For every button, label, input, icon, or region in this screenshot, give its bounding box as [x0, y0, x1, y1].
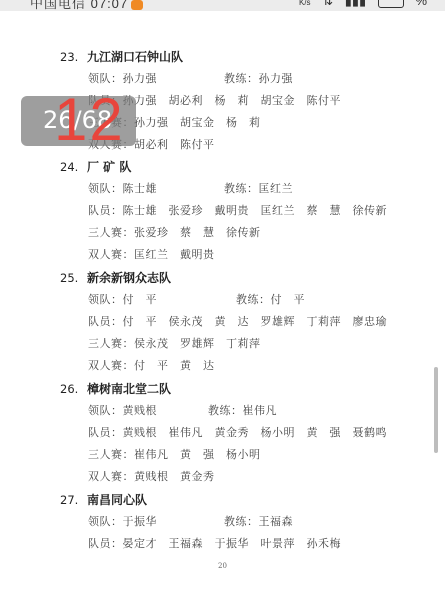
- team-number: 26.: [60, 382, 87, 396]
- team-number: 23.: [60, 50, 87, 64]
- battery-icon: [378, 0, 404, 8]
- coach: 教练：匡红兰: [224, 180, 293, 196]
- leader-row: 领队：陈士雄 教练：匡红兰: [88, 180, 157, 196]
- team-title: 23.九江湖口石钟山队: [60, 48, 183, 65]
- coach: 教练：孙力强: [224, 70, 293, 86]
- battery-percent: %: [415, 0, 427, 8]
- carrier-time: 中国电信 07:07: [30, 0, 143, 11]
- coach: 教练：付 平: [236, 291, 305, 307]
- team-title: 24.厂 矿 队: [60, 158, 131, 175]
- coach: 教练：王福森: [224, 513, 293, 529]
- signal-icon: ▮▮▮: [345, 0, 366, 8]
- leader: 领队：陈士雄: [88, 182, 157, 195]
- duo-row: 双人赛：匡红兰 戴明贵: [88, 246, 215, 262]
- leader: 领队：黄贱根: [88, 404, 157, 417]
- page-number: 20: [0, 562, 445, 570]
- team-name: 南昌同心队: [87, 493, 147, 507]
- members-row: 队员：黄贱根 崔伟凡 黄金秀 杨小明 黄 强 聂鹤鸣: [88, 424, 387, 440]
- duo-row: 双人赛：黄贱根 黄金秀: [88, 468, 215, 484]
- members-row: 队员：陈士雄 张爱珍 戴明贵 匡红兰 蔡 慧 徐传新: [88, 202, 387, 218]
- network-speed: K/s: [299, 0, 311, 7]
- duo-row: 双人赛：付 平 黄 达: [88, 357, 215, 373]
- leader: 领队：于振华: [88, 515, 157, 528]
- team-number: 25.: [60, 271, 87, 285]
- trio-row: 三人赛：侯永茂 罗雄辉 丁莉萍: [88, 335, 261, 351]
- leader-row: 领队：于振华 教练：王福森: [88, 513, 157, 529]
- team-name: 樟树南北堂二队: [87, 382, 171, 396]
- team-title: 27.南昌同心队: [60, 491, 147, 508]
- leader-row: 领队：黄贱根 教练：崔伟凡: [88, 402, 157, 418]
- leader: 领队：付 平: [88, 293, 157, 306]
- page-indicator-overlay: 26/68 12: [21, 96, 136, 146]
- team-name: 厂 矿 队: [87, 160, 131, 174]
- members-row: 队员：付 平 侯永茂 黄 达 罗雄辉 丁莉萍 廖忠瑜: [88, 313, 387, 329]
- status-icons: K/s ⇅ ▮▮▮ %: [291, 0, 427, 9]
- members-row: 队员：晏定才 王福森 于振华 叶景萍 孙禾梅: [88, 535, 341, 551]
- overlay-number: 12: [54, 90, 125, 150]
- trio-row: 三人赛：崔伟凡 黄 强 杨小明: [88, 446, 261, 462]
- scrollbar[interactable]: [434, 367, 438, 453]
- leader-row: 领队：孙力强 教练：孙力强: [88, 70, 157, 86]
- team-name: 新余新钢众志队: [87, 271, 171, 285]
- team-number: 27.: [60, 493, 87, 507]
- team-title: 26.樟树南北堂二队: [60, 380, 171, 397]
- carrier-time-text: 中国电信 07:07: [30, 0, 128, 11]
- leader-row: 领队：付 平 教练：付 平: [88, 291, 157, 307]
- notification-icon: [131, 0, 143, 10]
- coach: 教练：崔伟凡: [208, 402, 277, 418]
- team-title: 25.新余新钢众志队: [60, 269, 171, 286]
- wifi-icon: ⇅: [322, 0, 333, 8]
- team-number: 24.: [60, 160, 87, 174]
- team-name: 九江湖口石钟山队: [87, 50, 183, 64]
- status-bar: 中国电信 07:07 K/s ⇅ ▮▮▮ %: [0, 0, 445, 11]
- trio-row: 三人赛：张爱珍 蔡 慧 徐传新: [88, 224, 261, 240]
- leader: 领队：孙力强: [88, 72, 157, 85]
